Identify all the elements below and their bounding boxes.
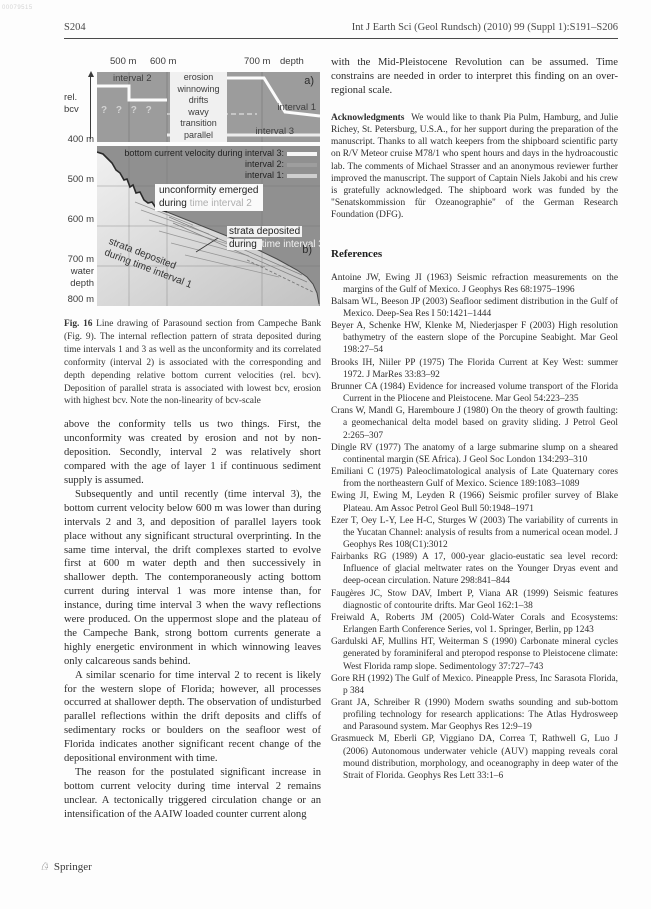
legend-row-interval2: interval 2: [124,159,317,170]
axis-label-rel-bcv: rel. bcv [64,92,88,116]
reference-item: Grasmueck M, Eberli GP, Viggiano DA, Cor… [331,733,618,782]
facies-label: transition [170,118,227,130]
reference-item: Balsam WL, Beeson JP (2003) Seafloor sed… [331,296,618,320]
body-paragraph: above the conformity tells us two things… [64,418,321,488]
body-paragraph: The reason for the postulated significan… [64,766,321,822]
scan-watermark: 00079515 [2,5,33,11]
acknowledgments-text: We would like to thank Pia Pulm, Hamburg… [331,113,618,221]
reference-item: Gardulski AF, Mullins HT, Weiterman S (1… [331,636,618,672]
question-marks: ? ? ? ? [101,105,155,116]
facies-sequence-box: erosionwinnowingdriftswavytransitionpara… [170,72,227,142]
reference-item: Brunner CA (1984) Evidence for increased… [331,381,618,405]
bcv-legend: bottom current velocity during interval … [124,148,317,181]
facies-label: parallel [170,130,227,142]
interval-3-swatch [287,152,317,156]
axis-label-depth-top: depth [280,56,304,67]
reference-item: Freiwald A, Roberts JM (2005) Cold-Water… [331,612,618,636]
reference-item: Faugères JC, Stow DAV, Imbert P, Viana A… [331,588,618,612]
reference-item: Grant JA, Schreiber R (1990) Modern swat… [331,697,618,733]
axis-label-800m: 800 m [64,294,94,305]
references-heading: References [331,248,618,260]
reference-item: Emiliani C (1975) Paleoclimatological an… [331,466,618,490]
acknowledgments-label: Acknowledgments [331,113,404,123]
axis-label-600m-top: 600 m [150,56,176,67]
publisher-footer: ♘Springer [40,860,92,873]
reference-item: Antoine JW, Ewing JI (1963) Seismic refr… [331,272,618,296]
interval-1-swatch [287,174,317,178]
bcv-axis-arrowhead-icon [88,71,94,77]
facies-label: erosion [170,72,227,84]
left-column: 500 m 600 m 700 m depth rel. bcv 400 m 5… [64,56,321,822]
interval-1-label: interval 1 [277,102,316,113]
axis-label-depth: depth [64,278,94,289]
reference-item: Gore RH (1992) The Gulf of Mexico. Pinea… [331,673,618,697]
reference-item: Beyer A, Schenke HW, Klenke M, Niederjas… [331,320,618,356]
facies-label: winnowing [170,84,227,96]
axis-label-700m: 700 m [64,254,94,265]
running-head-page-number: S204 [64,22,86,33]
figure-caption-text: Line drawing of Parasound section from C… [64,319,321,406]
axis-label-400m: 400 m [64,134,94,145]
panel-b-tag: b) [302,244,312,256]
body-paragraph: with the Mid-Pleistocene Revolution can … [331,56,618,98]
figure-panel-b: bottom current velocity during interval … [97,146,320,306]
reference-item: Ewing JI, Ewing M, Leyden R (1966) Seism… [331,490,618,514]
acknowledgments: Acknowledgments We would like to thank P… [331,112,618,222]
reference-item: Fairbanks RG (1989) A 17, 000-year glaci… [331,551,618,587]
body-paragraph: A similar scenario for time interval 2 t… [64,669,321,766]
axis-label-500m: 500 m [64,174,94,185]
publisher-name: Springer [54,861,92,873]
facies-label: wavy [170,107,227,119]
reference-item: Ezer T, Oey L-Y, Lee H-C, Sturges W (200… [331,515,618,551]
panel-a-tag: a) [304,75,314,87]
bcv-axis-arrow [90,77,91,139]
legend-row-interval3: bottom current velocity during interval … [124,148,317,159]
figure-16: 500 m 600 m 700 m depth rel. bcv 400 m 5… [64,56,321,308]
journal-page: 00079515 S204 Int J Earth Sci (Geol Rund… [0,0,651,909]
body-paragraph: Subsequently and until recently (time in… [64,488,321,669]
figure-caption: Fig. 16 Line drawing of Parasound sectio… [64,318,321,408]
axis-label-500m-top: 500 m [110,56,136,67]
springer-logo-icon: ♘ [40,860,50,873]
legend-row-interval1: interval 1: [124,170,317,181]
reference-item: Dingle RV (1977) The anatomy of a large … [331,442,618,466]
running-head-journal: Int J Earth Sci (Geol Rundsch) (2010) 99… [352,22,618,33]
interval-2-swatch [287,163,317,167]
right-column: with the Mid-Pleistocene Revolution can … [331,56,618,782]
reference-item: Crans W, Mandl G, Haremboure J (1980) On… [331,405,618,441]
reference-list: Antoine JW, Ewing JI (1963) Seismic refr… [331,272,618,783]
figure-panel-a: erosionwinnowingdriftswavytransitionpara… [97,72,320,142]
interval-3-label: interval 3 [255,126,294,137]
axis-label-600m: 600 m [64,214,94,225]
unconformity-annotation: unconformity emerged during time interva… [155,184,263,211]
interval-2-label: interval 2 [113,73,152,84]
facies-label: drifts [170,95,227,107]
axis-label-water: water [64,266,94,277]
figure-caption-label: Fig. 16 [64,319,92,329]
reference-item: Brooks IH, Niiler PP (1975) The Florida … [331,357,618,381]
header-rule [64,38,618,39]
axis-label-700m-top: 700 m [244,56,270,67]
